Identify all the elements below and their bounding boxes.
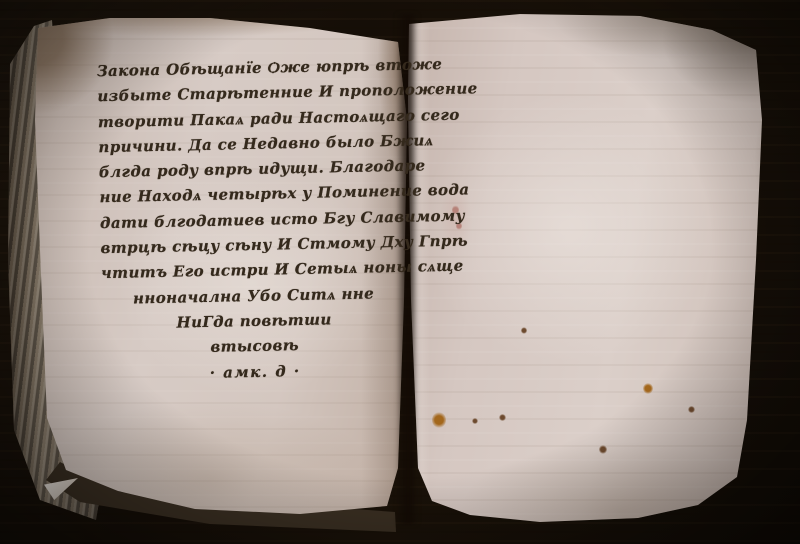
foxing-spot <box>521 327 527 334</box>
foxing-spot <box>472 418 478 424</box>
manuscript-photo: Закона Обѣщанїе Ѻже юпрѣ втоже избыте Ст… <box>0 0 800 544</box>
foxing-spot <box>643 383 653 394</box>
foxing-spot <box>688 406 695 413</box>
handwritten-text-block: Закона Обѣщанїе Ѻже юпрѣ втоже избыте Ст… <box>97 53 408 388</box>
foxing-spot <box>499 414 506 421</box>
foxing-spot <box>432 412 446 428</box>
foxing-spot <box>599 445 607 454</box>
